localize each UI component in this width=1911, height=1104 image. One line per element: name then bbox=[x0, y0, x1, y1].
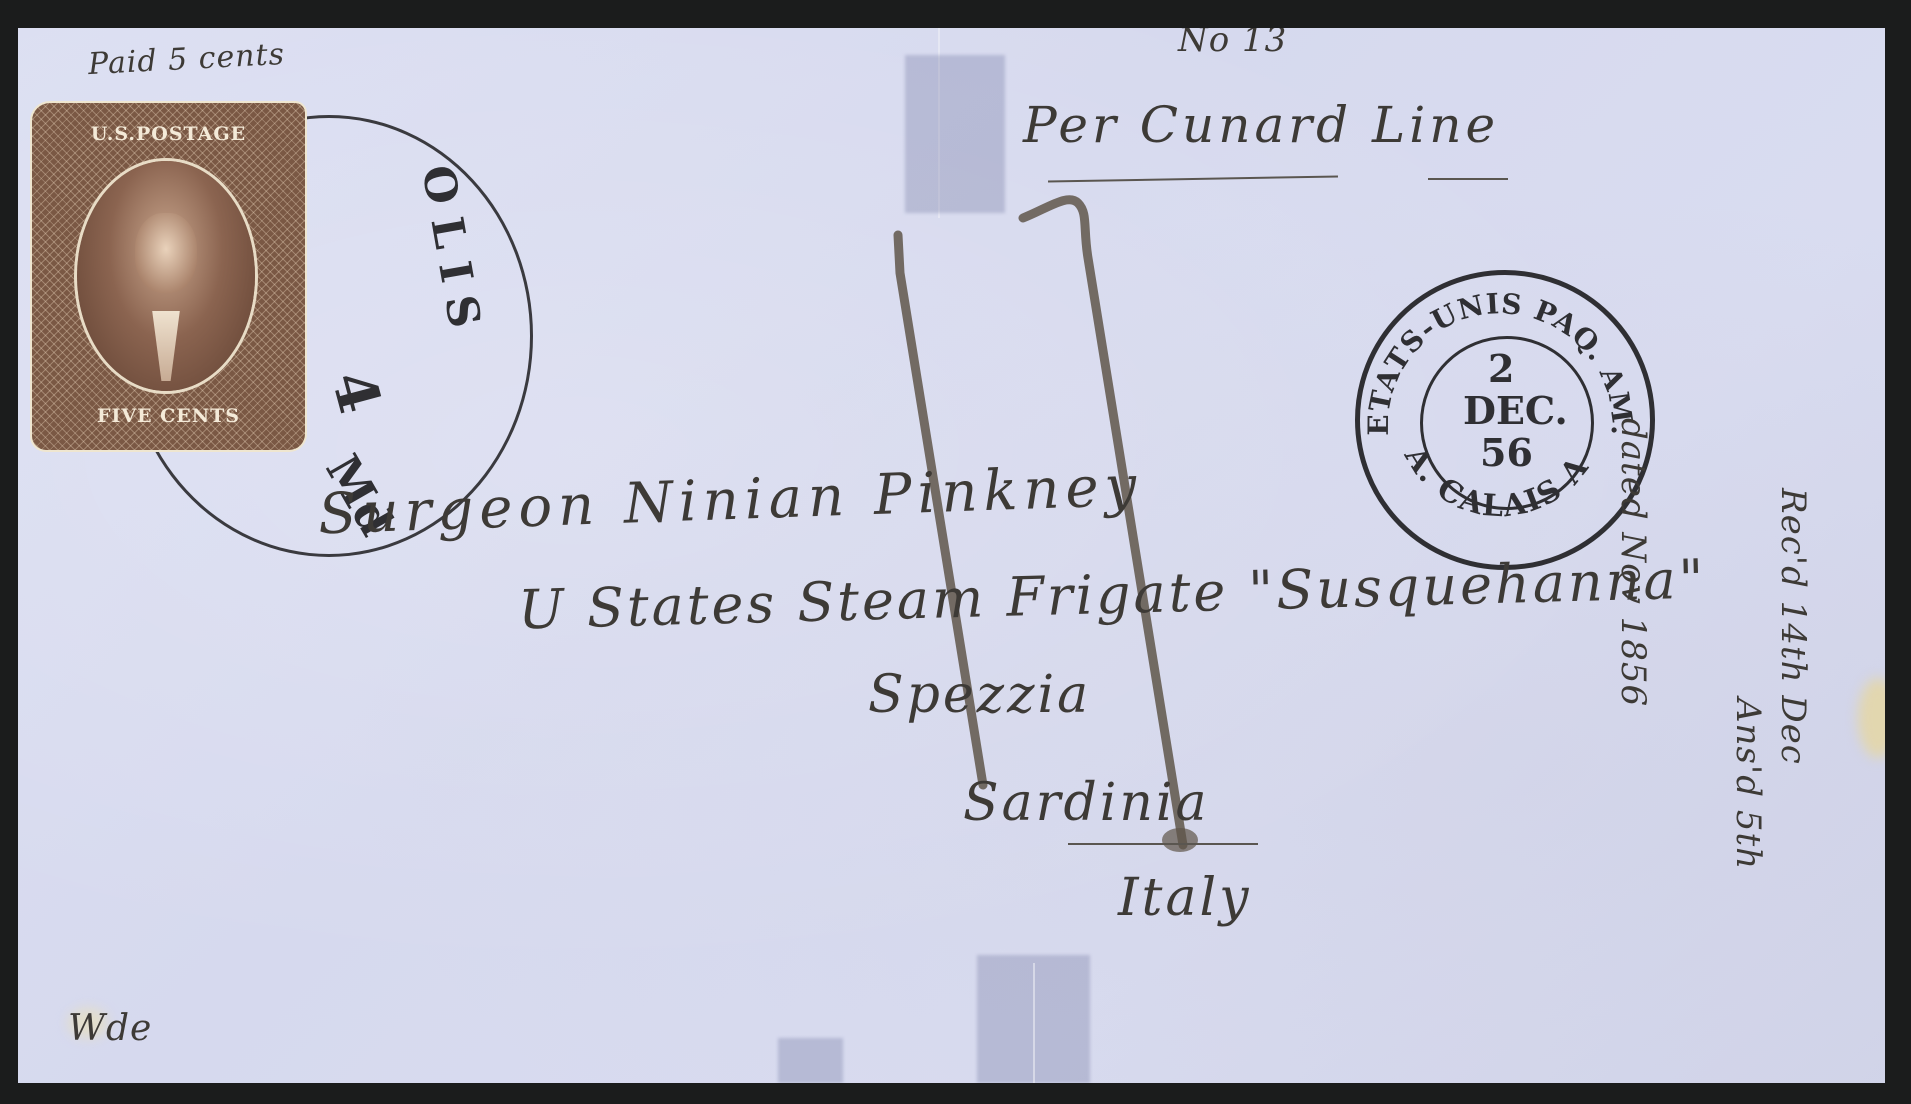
docket-line-2: Rec'd 14th Dec bbox=[1773, 488, 1813, 765]
address-line-5: Italy bbox=[1118, 868, 1251, 928]
docket-line-1: dated Nov 1856 bbox=[1613, 418, 1653, 707]
fold-line-bottom bbox=[1033, 963, 1035, 1083]
transit-postmark-day: 2 bbox=[1488, 346, 1514, 391]
route-underline bbox=[1428, 178, 1508, 180]
stamp-portrait bbox=[135, 213, 197, 293]
bottom-left-annotation: Wde bbox=[68, 1008, 152, 1049]
address-line-2: U States Steam Frigate "Susquehanna" bbox=[517, 547, 1707, 641]
paid-annotation: Paid 5 cents bbox=[87, 37, 286, 82]
stamp-bottom-label: FIVE CENTS bbox=[32, 405, 305, 427]
address-line-3: Spezzia bbox=[868, 665, 1091, 725]
route-annotation: Per Cunard Line bbox=[1023, 96, 1499, 154]
address-line-4: Sardinia bbox=[963, 773, 1210, 833]
stamp-top-label: U.S.POSTAGE bbox=[32, 123, 305, 145]
blue-smudge-bottom-left bbox=[778, 1038, 843, 1083]
blue-smudge-top bbox=[905, 55, 1005, 213]
transit-postmark-month: DEC. bbox=[1463, 388, 1568, 433]
address-underline bbox=[1068, 843, 1258, 845]
postage-stamp: U.S.POSTAGE FIVE CENTS bbox=[32, 103, 305, 450]
toning-stain bbox=[1858, 678, 1885, 758]
transit-postmark-year: 56 bbox=[1480, 430, 1533, 475]
number-annotation: No 13 bbox=[1178, 28, 1287, 60]
stamp-portrait-cravat bbox=[143, 311, 189, 381]
envelope-cover: Paid 5 cents OLIS 4 Md U.S.POSTAGE FIVE … bbox=[18, 28, 1885, 1083]
route-underline bbox=[1048, 175, 1338, 182]
stamp-portrait-frame bbox=[77, 161, 255, 391]
docket-line-3: Ans'd 5th bbox=[1728, 698, 1768, 870]
